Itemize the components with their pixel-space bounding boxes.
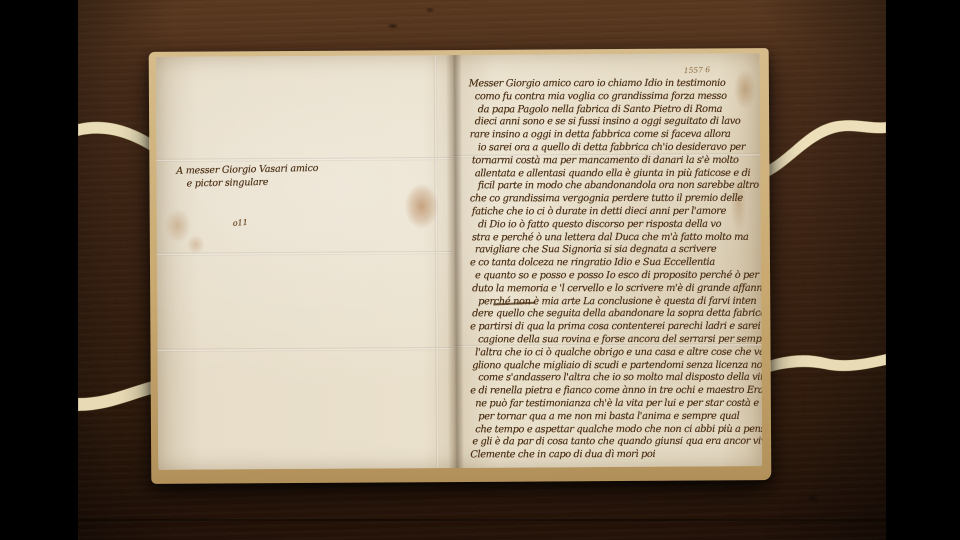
fold-crease bbox=[158, 347, 454, 352]
right-page-letter-text: 1557 6 Messer Giorgio amico caro io chia… bbox=[452, 53, 763, 468]
letter-line: e co tanta dolceza ne ringratio Idio e S… bbox=[470, 257, 757, 270]
open-letter-folio: A messer Giorgio Vasari amico e pictor s… bbox=[149, 48, 772, 484]
letter-line: fatiche che io ci ò durate in detti diec… bbox=[472, 206, 757, 219]
ribbon-right-top bbox=[755, 120, 886, 182]
wax-seal-stain bbox=[404, 183, 438, 229]
letter-line: per tornar qua a me non mi basta l'anima… bbox=[478, 411, 757, 424]
archival-mark: o11 bbox=[232, 218, 248, 228]
folio-number-annotation: 1557 6 bbox=[684, 65, 711, 75]
letter-line: io sarei ora a quello di detta fabbrica … bbox=[478, 142, 757, 155]
address-block: A messer Giorgio Vasari amico e pictor s… bbox=[176, 163, 318, 191]
left-page-address-side: A messer Giorgio Vasari amico e pictor s… bbox=[156, 55, 455, 470]
letter-line: ficil parte in modo che abandonandola or… bbox=[478, 180, 757, 193]
wooden-table-background: A messer Giorgio Vasari amico e pictor s… bbox=[78, 0, 886, 540]
letter-line: e di renella pietra e fianco come ànno i… bbox=[470, 385, 757, 398]
letter-line: dieci anni sono e se si fussi insino a o… bbox=[475, 116, 757, 129]
letter-line: duto la memoria e 'l cervello e lo scriv… bbox=[472, 283, 757, 296]
letter-line: dere quello che seguita della abandonare… bbox=[472, 308, 757, 321]
letter-line: come s'andassero l'altra che io so molto… bbox=[478, 372, 757, 385]
ink-stain bbox=[165, 209, 191, 243]
letter-line: tornarmi costà ma per mancamento di dana… bbox=[472, 155, 757, 168]
letter-line: di Dio io ò fatto questo discorso per ri… bbox=[478, 219, 757, 232]
letter-line: e quanto so e posso e posso Io esco di p… bbox=[475, 270, 757, 283]
letter-line: l'altra che io ci ò qualche obrigo e una… bbox=[475, 347, 757, 360]
ink-stain bbox=[187, 235, 205, 255]
letter-line: rare insino a oggi in detta fabbrica com… bbox=[470, 129, 757, 142]
photograph-of-manuscript-letter: A messer Giorgio Vasari amico e pictor s… bbox=[0, 0, 960, 540]
letter-line: e partirsi di qua la prima cosa contente… bbox=[470, 321, 757, 334]
letter-line: cagione della sua rovina e forse ancora … bbox=[478, 334, 757, 347]
letter-line: Clemente che in capo di dua dì morì poi bbox=[470, 449, 757, 462]
letter-line: e gli è da par di cosa tanto che quando … bbox=[472, 436, 757, 449]
letter-line: Messer Giorgio amico caro io chiamo Idio… bbox=[469, 78, 757, 91]
letter-line: ravigliare che Sua Signoria si sia degna… bbox=[475, 244, 757, 257]
fold-crease bbox=[434, 55, 440, 468]
letter-line: da papa Pagolo nella fabrica di Santo Pi… bbox=[478, 103, 757, 116]
letter-line: gliono qualche migliaio di scudi e parte… bbox=[472, 359, 757, 372]
letter-line: allentata e allentasi quando ella è giun… bbox=[475, 167, 757, 180]
fold-crease bbox=[156, 157, 452, 162]
letter-body: Messer Giorgio amico caro io chiamo Idio… bbox=[469, 78, 758, 462]
letter-line: stra e perché ò una lettera dal Duca che… bbox=[472, 231, 757, 244]
paper-sheet: A messer Giorgio Vasari amico e pictor s… bbox=[156, 53, 763, 470]
letter-line: como fu contra mia voglia co grandissima… bbox=[475, 91, 757, 104]
address-line: e pictor singulare bbox=[186, 175, 318, 190]
letter-line: che tempo e aspettar qualche modo che no… bbox=[475, 423, 757, 436]
letter-line: ne può far testimonianza ch'è la vita pe… bbox=[475, 398, 757, 411]
ribbon-right-bottom bbox=[755, 354, 886, 377]
letter-line: che co grandissima vergognia perdere tut… bbox=[470, 193, 757, 206]
